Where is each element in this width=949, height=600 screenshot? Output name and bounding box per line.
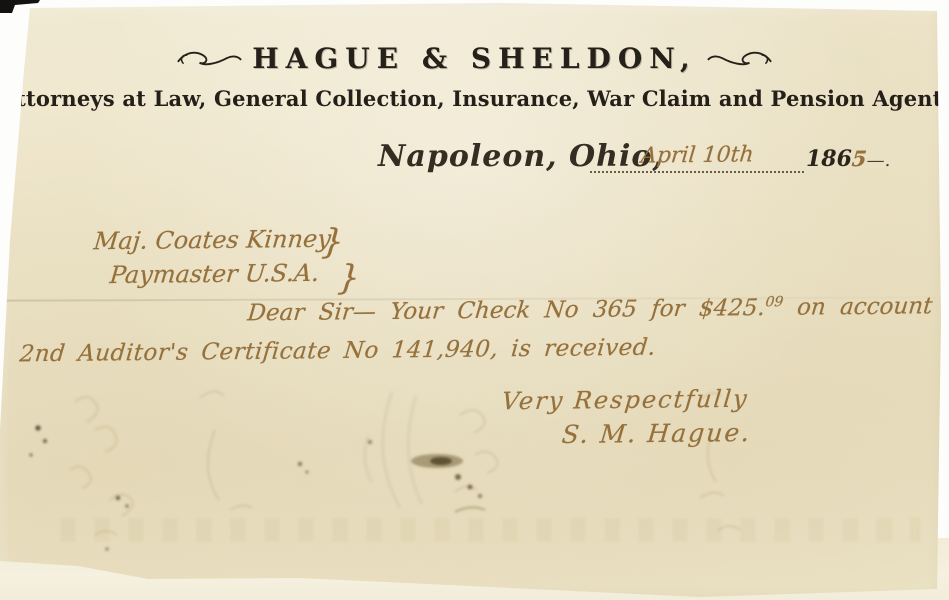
addressee-name: Maj. Coates Kinney — [93, 225, 333, 255]
signature: S. M. Hague. — [561, 418, 753, 449]
handwritten-date: April 10th — [590, 143, 804, 173]
year-suffix: —. — [867, 150, 891, 171]
cents-superscript: 09 — [765, 294, 784, 310]
right-flourish-icon — [707, 47, 773, 71]
left-flourish-icon — [176, 47, 242, 71]
addressee-brace-1: } — [320, 222, 345, 262]
printed-year: 186 — [806, 146, 852, 172]
firm-name: HAGUE & SHELDON, — [252, 42, 697, 75]
letter-paper: HAGUE & SHELDON, Attorneys at Law, Gener… — [0, 0, 949, 600]
closing-line: Very Respectfully — [501, 385, 750, 416]
handwritten-year-digit: 5 — [851, 146, 868, 171]
letterhead-header: HAGUE & SHELDON, — [0, 42, 949, 75]
body-line-1-text: Dear Sir— Your Check No 365 for $425. — [246, 295, 766, 326]
body-line-2: 2nd Auditor's Certificate No 141,940, is… — [18, 335, 657, 368]
bleedthrough-band — [60, 518, 920, 542]
addressee-title: Paymaster U.S.A. — [109, 259, 321, 289]
date-text: April 10th — [639, 142, 754, 168]
year-line: 1865—. — [806, 146, 890, 172]
addressee-brace-2: } — [336, 258, 361, 298]
scanned-letter: HAGUE & SHELDON, Attorneys at Law, Gener… — [0, 0, 949, 600]
body-line-1-cont: on account of — [782, 293, 949, 321]
firm-subtitle: Attorneys at Law, General Collection, In… — [0, 86, 949, 111]
